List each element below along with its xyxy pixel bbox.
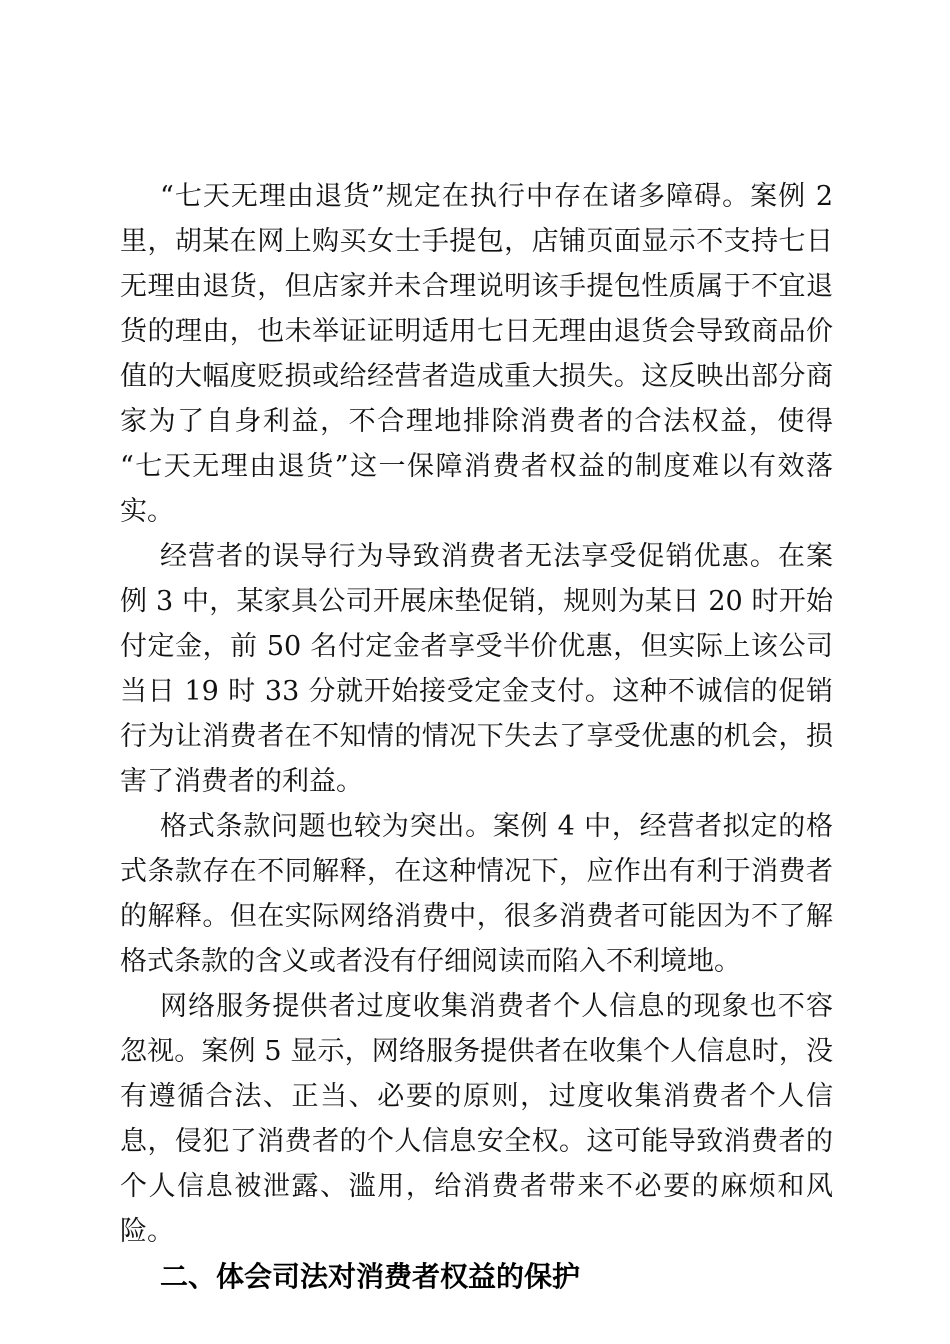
paragraph-seven-day-returns: “七天无理由退货”规定在执行中存在诸多障碍。案例 2 里，胡某在网上购买女士手提… — [120, 174, 833, 534]
section-heading: 二、体会司法对消费者权益的保护 — [120, 1254, 833, 1299]
paragraph-standard-terms: 格式条款问题也较为突出。案例 4 中，经营者拟定的格式条款存在不同解释，在这种情… — [120, 804, 833, 984]
document-body: “七天无理由退货”规定在执行中存在诸多障碍。案例 2 里，胡某在网上购买女士手提… — [120, 174, 833, 1299]
paragraph-misleading-promotion: 经营者的误导行为导致消费者无法享受促销优惠。在案例 3 中，某家具公司开展床垫促… — [120, 534, 833, 804]
paragraph-personal-info-collection: 网络服务提供者过度收集消费者个人信息的现象也不容忽视。案例 5 显示，网络服务提… — [120, 984, 833, 1254]
document-page: “七天无理由退货”规定在执行中存在诸多障碍。案例 2 里，胡某在网上购买女士手提… — [0, 0, 950, 1344]
